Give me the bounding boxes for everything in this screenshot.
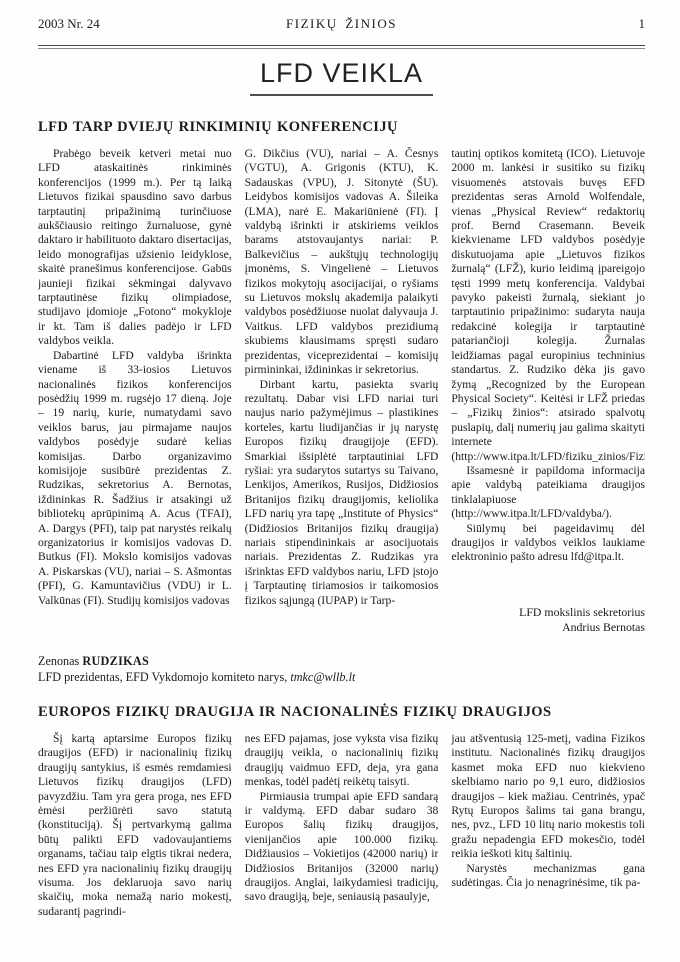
page-number: 1 (455, 16, 645, 32)
paragraph: Siūlymų bei pageidavimų dėl draugijos ir… (451, 522, 645, 565)
author-last-name: RUDZIKAS (82, 654, 149, 668)
article1-heading: LFD TARP DVIEJŲ RINKIMINIŲ KONFERENCIJŲ (38, 119, 645, 136)
article1-columns: Prabėgo beveik ketveri metai nuo LFD ata… (38, 147, 645, 647)
article2-column-2: nes EFD pajamas, jose vyksta visa fizikų… (245, 732, 439, 958)
journal-title: FIZIKŲ ŽINIOS (228, 16, 456, 32)
paragraph: Pirmiausia trumpai apie EFD sandarą ir v… (245, 790, 439, 905)
header-rule (38, 45, 645, 49)
issue-label: 2003 Nr. 24 (38, 16, 228, 32)
paragraph: Išsamesnė ir papildoma informacija apie … (451, 464, 645, 522)
paragraph: Dabartinė LFD valdyba išrinkta viename i… (38, 349, 232, 608)
article2-column-3: jau atšventusią 125-metį, vadina Fizikos… (451, 732, 645, 958)
paragraph: nes EFD pajamas, jose vyksta visa fizikų… (245, 732, 439, 790)
paragraph: Prabėgo beveik ketveri metai nuo LFD ata… (38, 147, 232, 349)
author-role-text: LFD prezidentas, EFD Vykdomojo komiteto … (38, 670, 290, 684)
running-head: 2003 Nr. 24 FIZIKŲ ŽINIOS 1 (38, 16, 645, 32)
article1-column-1: Prabėgo beveik ketveri metai nuo LFD ata… (38, 147, 232, 647)
masthead: LFD VEIKLA (38, 58, 645, 96)
paragraph: Narystės mechanizmas gana sudėtingas. Či… (451, 862, 645, 891)
article2-columns: Šį kartą aptarsime Europos fizikų draugi… (38, 732, 645, 958)
signature-role: LFD mokslinis sekretorius (459, 605, 645, 620)
paragraph: Dirbant kartu, pasiekta svarių rezultatų… (245, 378, 439, 609)
author-email: tmkc@wllb.lt (290, 670, 355, 684)
article1-column-3: tautinį optikos komitetą (ICO). Lietuvoj… (451, 147, 645, 647)
author-block: Zenonas RUDZIKAS LFD prezidentas, EFD Vy… (38, 654, 645, 685)
author-role: LFD prezidentas, EFD Vykdomojo komiteto … (38, 670, 645, 686)
paragraph: tautinį optikos komitetą (ICO). Lietuvoj… (451, 147, 645, 464)
article1-signature: LFD mokslinis sekretorius Andrius Bernot… (459, 605, 645, 635)
masthead-title: LFD VEIKLA (250, 58, 433, 96)
article2-heading: EUROPOS FIZIKŲ DRAUGIJA IR NACIONALINĖS … (38, 704, 645, 721)
author-first-name: Zenonas (38, 654, 82, 668)
paragraph: G. Dikčius (VU), nariai – A. Česnys (VGT… (245, 147, 439, 378)
author-name: Zenonas RUDZIKAS (38, 654, 645, 670)
signature-name: Andrius Bernotas (459, 620, 645, 635)
article2-column-1: Šį kartą aptarsime Europos fizikų draugi… (38, 732, 232, 958)
document-page: 2003 Nr. 24 FIZIKŲ ŽINIOS 1 LFD VEIKLA L… (0, 0, 680, 962)
article1-column-2: G. Dikčius (VU), nariai – A. Česnys (VGT… (245, 147, 439, 647)
paragraph: Šį kartą aptarsime Europos fizikų draugi… (38, 732, 232, 919)
paragraph: jau atšventusią 125-metį, vadina Fizikos… (451, 732, 645, 862)
